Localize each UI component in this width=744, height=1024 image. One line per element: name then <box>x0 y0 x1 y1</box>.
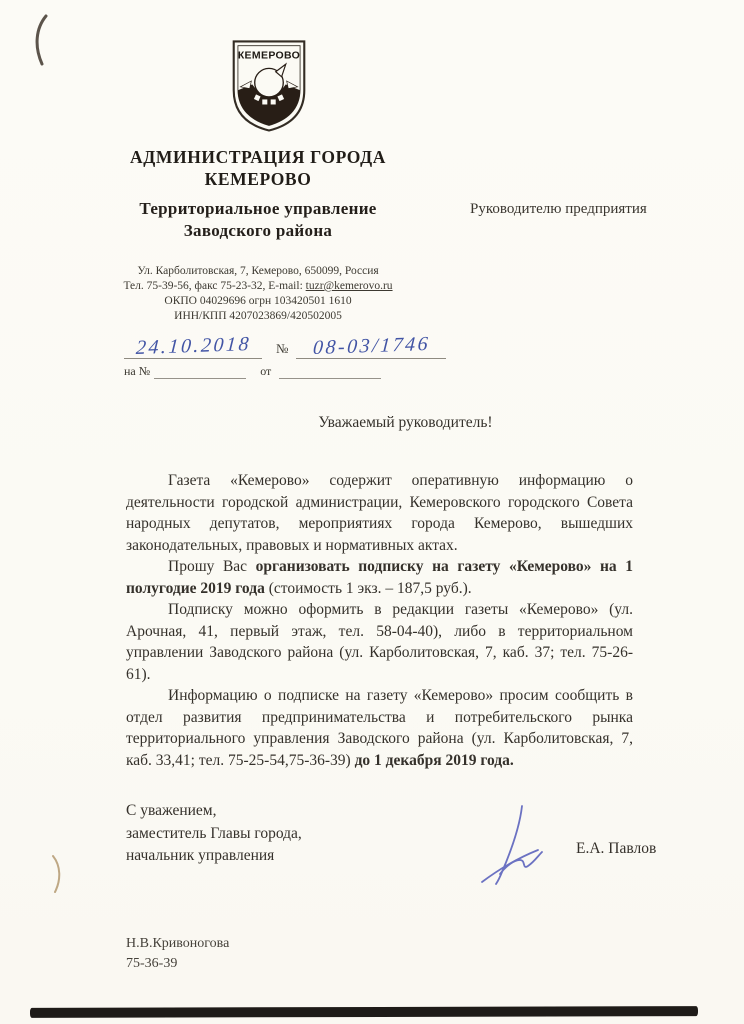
ot-label: от <box>260 364 271 379</box>
contact-okpo-ogrn: ОКПО 04029696 огрн 103420501 1610 <box>0 294 516 309</box>
closing-line2: заместитель Главы города, <box>126 823 302 846</box>
scan-artifact-topleft <box>30 14 52 66</box>
contact-address: Ул. Карболитовская, 7, Кемерово, 650099,… <box>0 264 516 279</box>
salutation: Уважаемый руководитель! <box>126 414 633 432</box>
recipient-line: Руководителю предприятия <box>470 201 647 218</box>
reply-date-blank <box>279 365 381 379</box>
email-link: tuzr@kemerovo.ru <box>306 280 393 292</box>
contact-inn-kpp: ИНН/КПП 4207023869/420502005 <box>0 309 516 324</box>
scan-artifact-paren <box>50 854 66 894</box>
executor-name: Н.В.Кривоногова <box>126 934 229 954</box>
organization-header: АДМИНИСТРАЦИЯ ГОРОДА КЕМЕРОВО <box>0 146 516 190</box>
contact-phone-prefix: Тел. 75-39-56, факс 75-23-32, E-mail: <box>123 280 305 292</box>
dept-line2: Заводского района <box>0 220 516 242</box>
dept-line1: Территориальное управление <box>0 198 516 220</box>
handwritten-date: 24.10.2018 <box>135 333 252 360</box>
reference-row: 24.10.2018 № 08-03/1746 <box>124 328 446 359</box>
org-name-line2: КЕМЕРОВО <box>0 168 516 190</box>
scanned-letter-page: КЕМЕРОВО АДМИНИСТРАЦИЯ ГОРОДА КЕМЕРОВО Т… <box>0 0 744 1024</box>
paragraph-3: Подписку можно оформить в редакции газет… <box>126 599 633 685</box>
reply-number-blank <box>154 365 246 379</box>
executor-phone: 75-36-39 <box>126 954 229 974</box>
handwritten-number: 08-03/1746 <box>312 333 431 360</box>
closing-line3: начальник управления <box>126 845 302 868</box>
department-header: Территориальное управление Заводского ра… <box>0 198 516 242</box>
executor-block: Н.В.Кривоногова 75-36-39 <box>126 934 229 974</box>
signer-name: Е.А. Павлов <box>576 840 656 858</box>
kemerovo-coat-of-arms: КЕМЕРОВО <box>227 36 311 136</box>
na-label: на № <box>124 364 150 379</box>
reference-date-line: 24.10.2018 <box>124 328 262 359</box>
letter-body: Газета «Кемерово» содержит оперативную и… <box>126 470 633 771</box>
closing-line1: С уважением, <box>126 800 302 823</box>
reply-reference-row: на № от <box>124 364 381 379</box>
number-sign-label: № <box>276 341 288 357</box>
paragraph-4: Информацию о подписке на газету «Кемеров… <box>126 685 633 771</box>
reference-number-line: 08-03/1746 <box>296 328 446 359</box>
scan-artifact-bottom-bar <box>30 1006 698 1018</box>
paragraph-2: Прошу Вас организовать подписку на газет… <box>126 556 633 599</box>
emblem-city-name: КЕМЕРОВО <box>238 49 300 61</box>
contact-phone-email: Тел. 75-39-56, факс 75-23-32, E-mail: tu… <box>0 279 516 294</box>
contact-block: Ул. Карболитовская, 7, Кемерово, 650099,… <box>0 264 516 324</box>
handwritten-signature <box>476 798 572 894</box>
closing-block: С уважением, заместитель Главы города, н… <box>126 800 302 868</box>
org-name-line1: АДМИНИСТРАЦИЯ ГОРОДА <box>0 146 516 168</box>
paragraph-1: Газета «Кемерово» содержит оперативную и… <box>126 470 633 556</box>
